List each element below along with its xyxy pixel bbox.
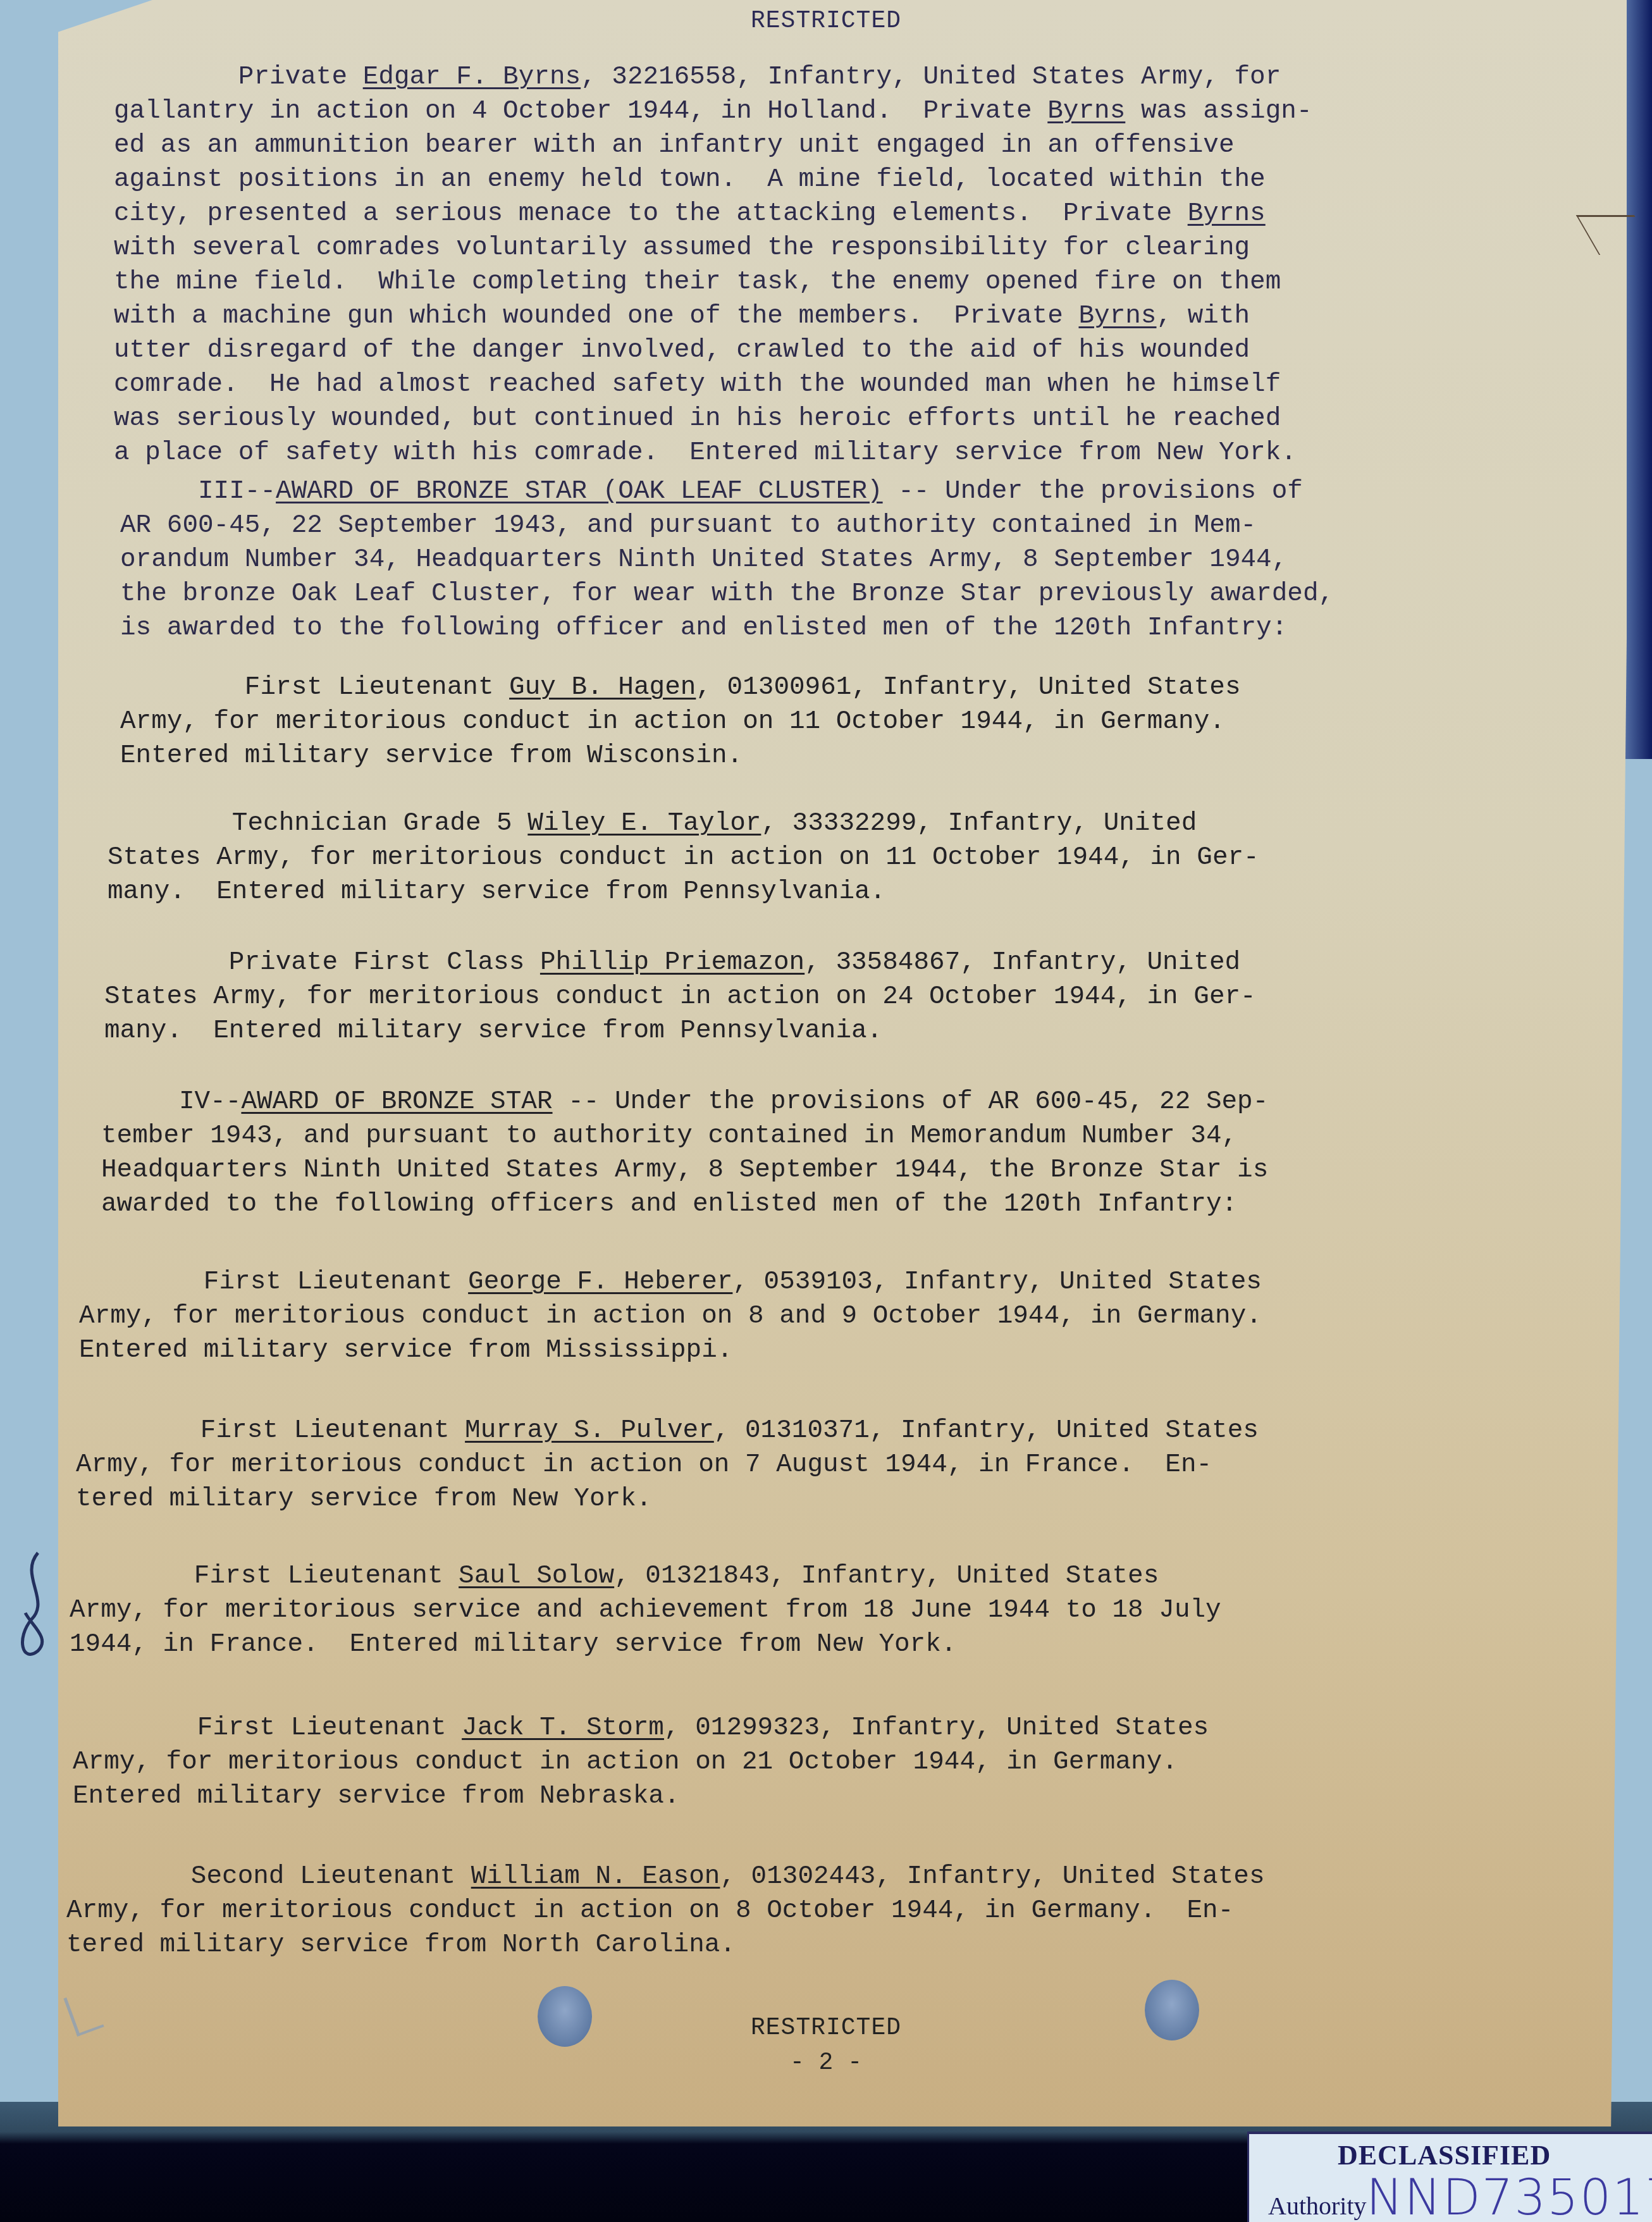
text-line: IV--AWARD OF BRONZE STAR -- Under the pr…	[101, 1085, 1268, 1119]
text-line: awarded to the following officers and en…	[101, 1187, 1268, 1221]
text-line: with several comrades voluntarily assume…	[114, 231, 1312, 265]
text-line: Headquarters Ninth United States Army, 8…	[101, 1153, 1268, 1187]
text-line: First Lieutenant Saul Solow, 01321843, I…	[70, 1559, 1221, 1593]
text-line: First Lieutenant George F. Heberer, 0539…	[79, 1265, 1262, 1299]
text-line: Army, for meritorious conduct in action …	[79, 1299, 1262, 1333]
text-line: tered military service from North Caroli…	[66, 1928, 1265, 1962]
text-line: is awarded to the following officer and …	[120, 611, 1334, 645]
text-line: Army, for meritorious conduct in action …	[66, 1894, 1265, 1928]
underlined-name: Phillip Priemazon	[540, 948, 804, 977]
section-iv-award-bronze-star: IV--AWARD OF BRONZE STAR -- Under the pr…	[101, 1085, 1268, 1221]
declassified-authority-value: NND735017	[1366, 2170, 1652, 2222]
text-line: ed as an ammunition bearer with an infan…	[114, 128, 1312, 163]
text-line: Entered military service from Wisconsin.	[120, 739, 1241, 773]
citation-eason: Second Lieutenant William N. Eason, 0130…	[66, 1860, 1265, 1962]
text-line: with a machine gun which wounded one of …	[114, 299, 1312, 333]
text-line: States Army, for meritorious conduct in …	[104, 980, 1256, 1014]
declassified-label: DECLASSIFIED Authority NND735017	[1247, 2132, 1652, 2222]
underlined-name: Edgar F. Byrns	[363, 63, 581, 92]
underlined-name: Wiley E. Taylor	[527, 809, 761, 838]
underlined-name: Byrns	[1078, 302, 1156, 331]
text-line: Army, for meritorious conduct in action …	[73, 1745, 1209, 1779]
underlined-name: William N. Eason	[471, 1862, 720, 1891]
text-line: the mine field. While completing their t…	[114, 265, 1312, 299]
text-line: gallantry in action on 4 October 1944, i…	[114, 94, 1312, 128]
underlined-name: Murray S. Pulver	[465, 1416, 714, 1445]
text-line: States Army, for meritorious conduct in …	[108, 841, 1259, 875]
text-line: comrade. He had almost reached safety wi…	[114, 367, 1312, 402]
citation-storm: First Lieutenant Jack T. Storm, 01299323…	[73, 1711, 1209, 1813]
footer-restricted-stamp: RESTRICTED	[0, 2015, 1652, 2042]
underlined-name: George F. Heberer	[468, 1268, 732, 1297]
text-line: the bronze Oak Leaf Cluster, for wear wi…	[120, 577, 1334, 611]
text-line: 1944, in France. Entered military servic…	[70, 1627, 1221, 1662]
handwritten-mark-icon	[13, 1550, 57, 1670]
section-iii-award-oak-leaf-cluster: III--AWARD OF BRONZE STAR (OAK LEAF CLUS…	[120, 474, 1334, 645]
underlined-name: AWARD OF BRONZE STAR	[241, 1087, 552, 1116]
underlined-name: AWARD OF BRONZE STAR (OAK LEAF CLUSTER)	[276, 477, 883, 506]
text-line: III--AWARD OF BRONZE STAR (OAK LEAF CLUS…	[120, 474, 1334, 509]
text-line: First Lieutenant Guy B. Hagen, 01300961,…	[120, 670, 1241, 705]
text-line: Army, for meritorious conduct in action …	[76, 1448, 1259, 1482]
citation-heberer: First Lieutenant George F. Heberer, 0539…	[79, 1265, 1262, 1367]
declassified-authority-label: Authority	[1268, 2191, 1367, 2221]
declassified-title: DECLASSIFIED	[1338, 2139, 1551, 2171]
underlined-name: Byrns	[1188, 199, 1266, 228]
text-line: against positions in an enemy held town.…	[114, 163, 1312, 197]
text-line: First Lieutenant Murray S. Pulver, 01310…	[76, 1414, 1259, 1448]
citation-solow: First Lieutenant Saul Solow, 01321843, I…	[70, 1559, 1221, 1662]
text-line: utter disregard of the danger involved, …	[114, 333, 1312, 367]
text-line: Entered military service from Mississipp…	[79, 1333, 1262, 1367]
underlined-name: Jack T. Storm	[462, 1713, 664, 1743]
text-line: orandum Number 34, Headquarters Ninth Un…	[120, 543, 1334, 577]
citation-taylor: Technician Grade 5 Wiley E. Taylor, 3333…	[108, 806, 1259, 909]
text-line: Army, for meritorious service and achiev…	[70, 1593, 1221, 1627]
text-line: Second Lieutenant William N. Eason, 0130…	[66, 1860, 1265, 1894]
text-line: city, presented a serious menace to the …	[114, 197, 1312, 231]
text-line: Army, for meritorious conduct in action …	[120, 705, 1241, 739]
citation-pulver: First Lieutenant Murray S. Pulver, 01310…	[76, 1414, 1259, 1516]
citation-hagen: First Lieutenant Guy B. Hagen, 01300961,…	[120, 670, 1241, 773]
underlined-name: Guy B. Hagen	[509, 673, 696, 702]
text-line: many. Entered military service from Penn…	[108, 875, 1259, 909]
citation-byrns: Private Edgar F. Byrns, 32216558, Infant…	[114, 60, 1312, 470]
text-line: First Lieutenant Jack T. Storm, 01299323…	[73, 1711, 1209, 1745]
citation-priemazon: Private First Class Phillip Priemazon, 3…	[104, 946, 1256, 1048]
header-restricted-stamp: RESTRICTED	[0, 8, 1652, 35]
text-line: Private First Class Phillip Priemazon, 3…	[104, 946, 1256, 980]
text-line: tered military service from New York.	[76, 1482, 1259, 1516]
underlined-name: Byrns	[1047, 97, 1125, 126]
text-line: many. Entered military service from Penn…	[104, 1014, 1256, 1048]
text-line: a place of safety with his comrade. Ente…	[114, 436, 1312, 470]
page-number: - 2 -	[0, 2049, 1652, 2077]
text-line: was seriously wounded, but continued in …	[114, 402, 1312, 436]
text-line: Entered military service from Nebraska.	[73, 1779, 1209, 1813]
underlined-name: Saul Solow	[459, 1562, 614, 1591]
text-line: tember 1943, and pursuant to authority c…	[101, 1119, 1268, 1153]
text-line: Technician Grade 5 Wiley E. Taylor, 3333…	[108, 806, 1259, 841]
text-line: Private Edgar F. Byrns, 32216558, Infant…	[114, 60, 1312, 94]
text-line: AR 600-45, 22 September 1943, and pursua…	[120, 509, 1334, 543]
